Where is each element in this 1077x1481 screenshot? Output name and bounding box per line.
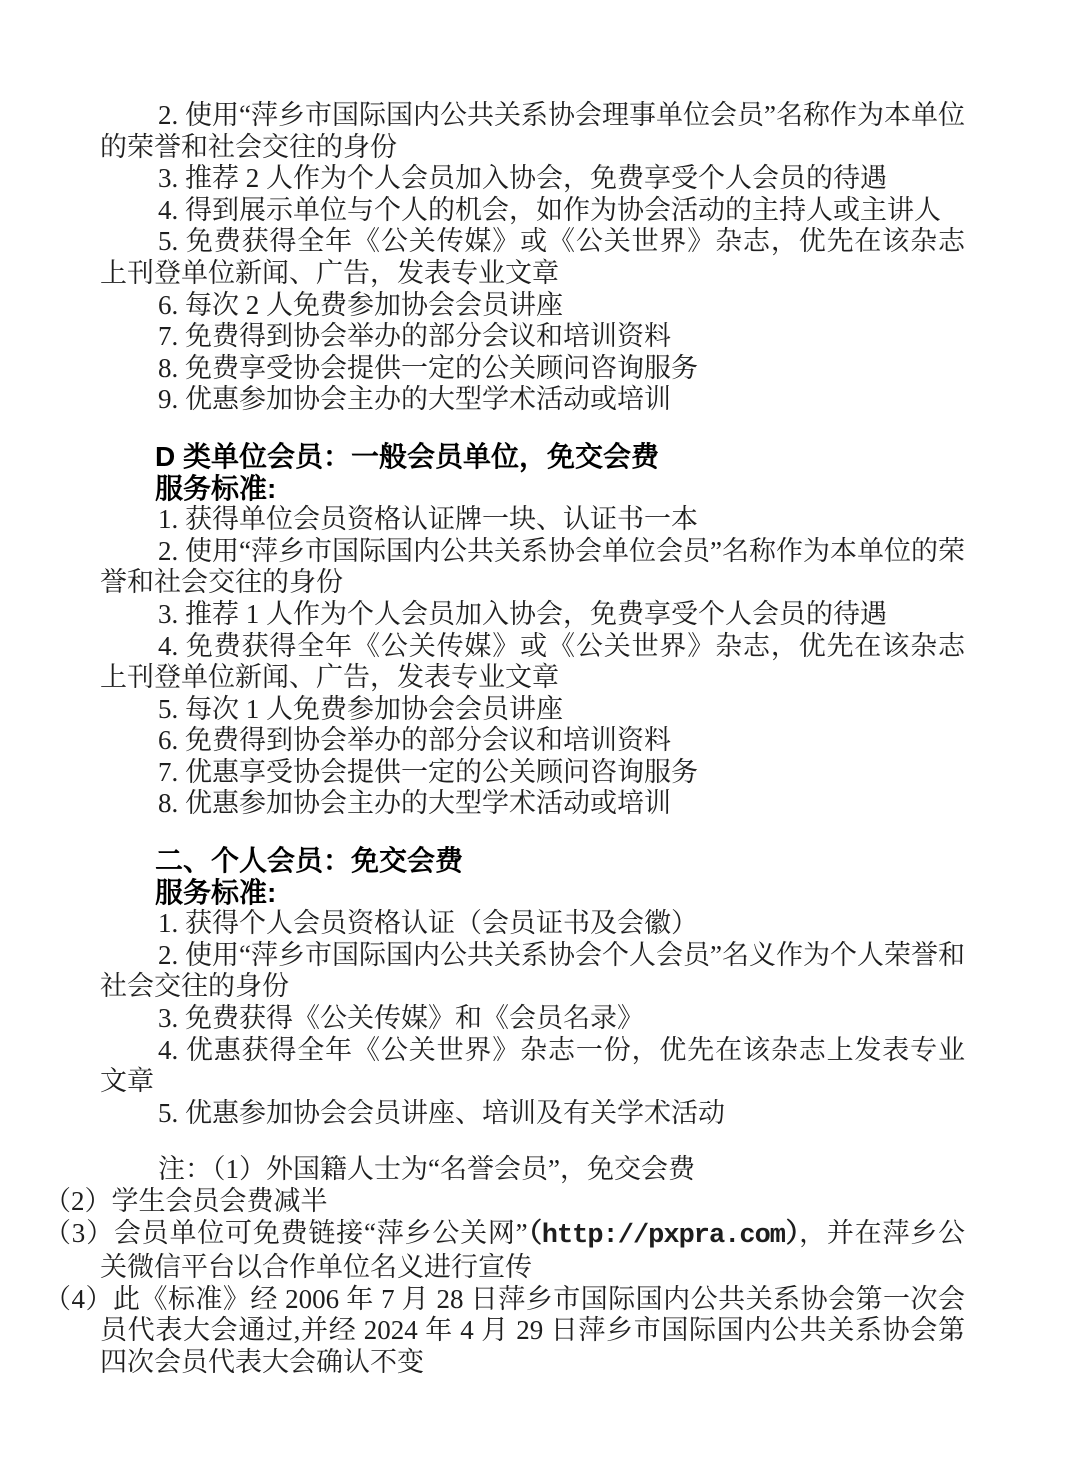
list-item: 4. 优惠获得全年《公关世界》杂志一份，优先在该杂志上发表专业文章 [100,1035,965,1098]
note-item-4: （4）此《标准》经 2006 年 7 月 28 日萍乡市国际国内公共关系协会第一… [100,1284,965,1379]
note-marker: （4） [44,1284,113,1314]
list-item: 7. 优惠享受协会提供一定的公关顾问咨询服务 [100,757,965,789]
note-marker: （3） [44,1218,114,1248]
list-item: 1. 获得单位会员资格认证牌一块、认证书一本 [100,504,965,536]
notes-block: 注：（1）外国籍人士为“名誉会员”，免交会费 （2）学生会员会费减半 （3）会员… [100,1154,965,1378]
list-item: 3. 推荐 1 人作为个人会员加入协会，免费享受个人会员的待遇 [100,599,965,631]
list-item: 6. 免费得到协会举办的部分会议和培训资料 [100,725,965,757]
pxpra-url-text: （http://pxpra.com） [528,1221,799,1251]
list-item: 7. 免费得到协会举办的部分会议和培训资料 [100,321,965,353]
section-d-service-standard-label: 服务标准: [100,473,965,505]
list-item: 8. 免费享受协会提供一定的公关顾问咨询服务 [100,353,965,385]
note-text: 此《标准》经 2006 年 7 月 28 日萍乡市国际国内公共关系协会第一次会员… [100,1284,965,1377]
section-d-members: D 类单位会员：一般会员单位，免交会费 服务标准: 1. 获得单位会员资格认证牌… [100,441,965,820]
list-item: 2. 使用“萍乡市国际国内公共关系协会单位会员”名称作为本单位的荣誉和社会交往的… [100,536,965,599]
list-item: 3. 推荐 2 人作为个人会员加入协会，免费享受个人会员的待遇 [100,163,965,195]
section-individual-heading: 二、个人会员：免交会费 [100,845,965,877]
list-item: 5. 免费获得全年《公关传媒》或《公关世界》杂志，优先在该杂志上刊登单位新闻、广… [100,226,965,289]
note-text: 学生会员会费减半 [112,1186,328,1216]
list-item: 2. 使用“萍乡市国际国内公共关系协会理事单位会员”名称作为本单位的荣誉和社会交… [100,100,965,163]
section-c-member-services-tail: 2. 使用“萍乡市国际国内公共关系协会理事单位会员”名称作为本单位的荣誉和社会交… [100,100,965,416]
section-individual-service-standard-label: 服务标准: [100,877,965,909]
notes-label: 注： [158,1154,212,1184]
list-item: 5. 每次 1 人免费参加协会会员讲座 [100,694,965,726]
document-page: 2. 使用“萍乡市国际国内公共关系协会理事单位会员”名称作为本单位的荣誉和社会交… [0,0,1077,1481]
list-item: 3. 免费获得《公关传媒》和《会员名录》 [100,1003,965,1035]
list-item: 6. 每次 2 人免费参加协会会员讲座 [100,290,965,322]
list-item: 4. 免费获得全年《公关传媒》或《公关世界》杂志，优先在该杂志上刊登单位新闻、广… [100,631,965,694]
section-individual-members: 二、个人会员：免交会费 服务标准: 1. 获得个人会员资格认证（会员证书及会徽）… [100,845,965,1129]
note-item-3: （3）会员单位可免费链接“萍乡公关网”（http://pxpra.com），并在… [100,1218,965,1284]
note-text: 会员单位可免费链接“萍乡公关网” [114,1218,528,1248]
list-item: 4. 得到展示单位与个人的机会，如作为协会活动的主持人或主讲人 [100,195,965,227]
list-item: 2. 使用“萍乡市国际国内公共关系协会个人会员”名义作为个人荣誉和社会交往的身份 [100,940,965,1003]
note-item-1: 注：（1）外国籍人士为“名誉会员”，免交会费 [100,1154,965,1186]
list-item: 8. 优惠参加协会主办的大型学术活动或培训 [100,788,965,820]
list-item: 1. 获得个人会员资格认证（会员证书及会徽） [100,908,965,940]
list-item: 9. 优惠参加协会主办的大型学术活动或培训 [100,384,965,416]
list-item: 5. 优惠参加协会会员讲座、培训及有关学术活动 [100,1098,965,1130]
section-d-heading: D 类单位会员：一般会员单位，免交会费 [100,441,965,473]
note-text: 外国籍人士为“名誉会员”，免交会费 [266,1154,695,1184]
note-marker: （2） [44,1186,112,1216]
note-item-2: （2）学生会员会费减半 [100,1186,965,1218]
document-body: 2. 使用“萍乡市国际国内公共关系协会理事单位会员”名称作为本单位的荣誉和社会交… [100,100,965,1379]
note-marker: （1） [212,1154,266,1184]
